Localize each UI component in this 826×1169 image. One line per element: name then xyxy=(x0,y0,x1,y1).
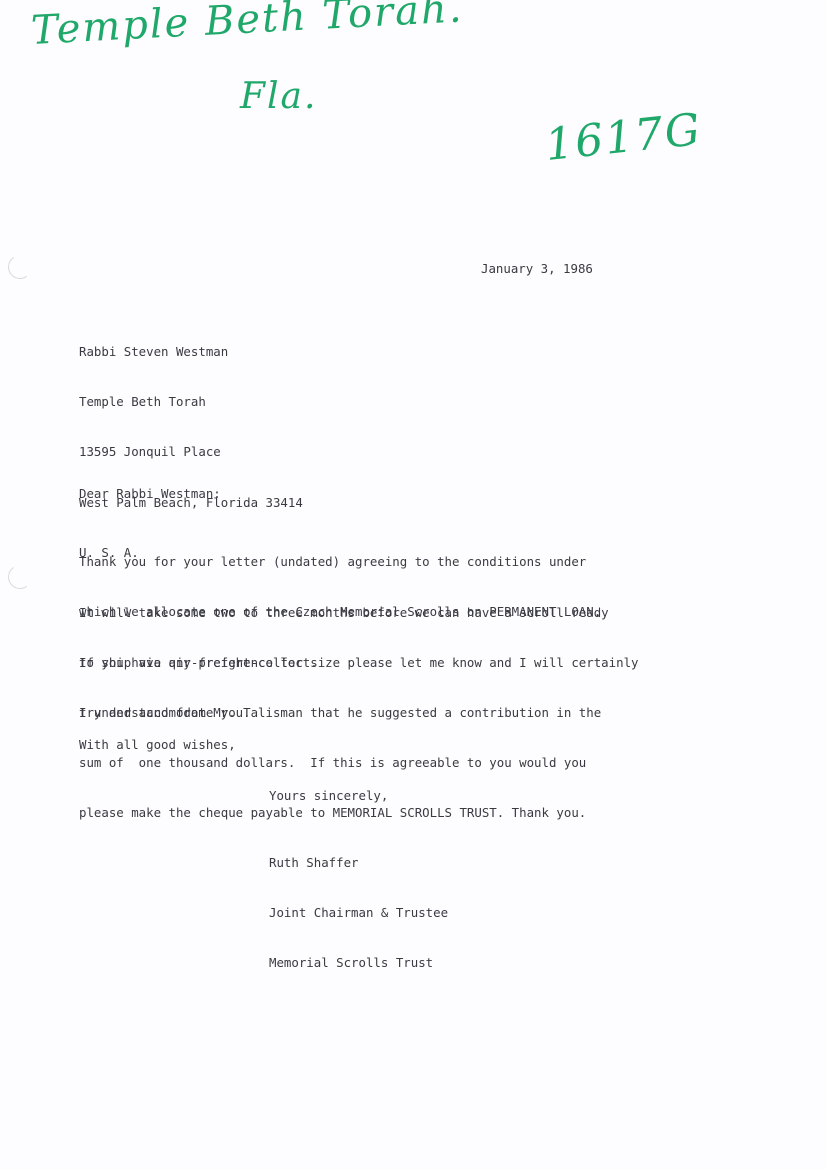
handwritten-note-recipient: Temple Beth Torah. xyxy=(30,0,465,54)
signer-name: Ruth Shaffer xyxy=(269,855,448,872)
paragraph-line: sum of one thousand dollars. If this is … xyxy=(79,755,601,772)
address-line: 13595 Jonquil Place xyxy=(79,444,303,461)
paragraph-line: Thank you for your letter (undated) agre… xyxy=(79,554,601,571)
signer-title: Joint Chairman & Trustee xyxy=(269,905,448,922)
paragraph-line: It will take some two to three months be… xyxy=(79,605,609,622)
punch-hole-mark xyxy=(6,253,34,281)
handwritten-note-state: Fla. xyxy=(240,76,317,117)
closing-wish: With all good wishes, xyxy=(79,737,236,754)
letter-date: January 3, 1986 xyxy=(481,261,593,278)
signer-organization: Memorial Scrolls Trust xyxy=(269,955,448,972)
paragraph-line: I understand from Mr. Talisman that he s… xyxy=(79,705,601,722)
signature-block: Ruth Shaffer Joint Chairman & Trustee Me… xyxy=(269,821,448,1006)
address-line: Rabbi Steven Westman xyxy=(79,344,303,361)
punch-hole-mark xyxy=(6,563,34,591)
salutation: Dear Rabbi Westman: xyxy=(79,486,221,503)
handwritten-reference-number: 1617G xyxy=(543,104,705,171)
paragraph-line: If you have qny preference for size plea… xyxy=(79,655,639,672)
address-line: Temple Beth Torah xyxy=(79,394,303,411)
complimentary-close: Yours sincerely, xyxy=(269,788,388,805)
paragraph-line: please make the cheque payable to MEMORI… xyxy=(79,805,601,822)
